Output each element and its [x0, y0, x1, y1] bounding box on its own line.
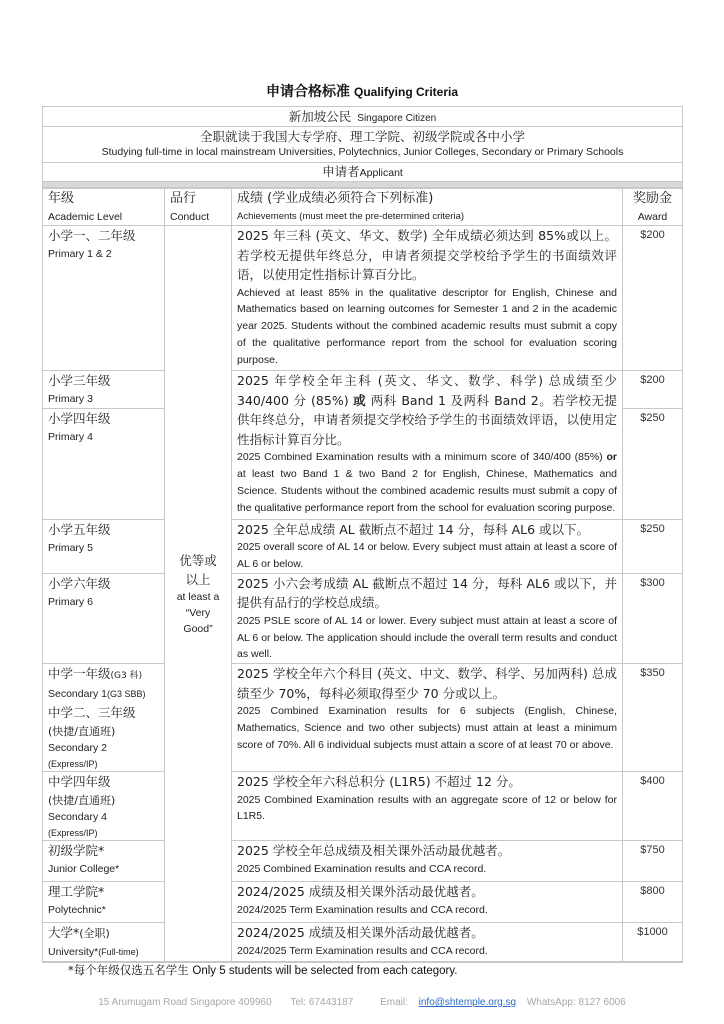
conduct-en-3: Good” — [170, 621, 226, 637]
table-row: 初级学院*Junior College* 2025 学校全年总成绩及相关课外活动… — [43, 841, 682, 882]
conduct-zh-2: 以上 — [170, 570, 226, 589]
achievement-cell: 2025 全年总成绩 AL 截断点不超过 14 分，每科 AL6 或以下。202… — [232, 519, 623, 573]
col-level-en: Academic Level — [48, 209, 159, 225]
col-header-achievements: 成绩 (学业成绩必须符合下列标准)Achievements (must meet… — [232, 189, 623, 226]
col-award-zh: 奖励金 — [628, 189, 677, 209]
achievement-zh: 2025 年学校全年主科 (英文、华文、数学、科学) 总成绩至少 340/400… — [237, 371, 617, 449]
level-en: Primary 6 — [48, 594, 159, 611]
level-zh-small: (全职) — [79, 927, 110, 940]
level-en: Secondary 4 — [48, 809, 159, 826]
level-zh-main: 大学* — [48, 925, 79, 940]
level-stream-en: (Express/IP) — [48, 826, 159, 840]
achievement-en: Achieved at least 85% in the qualitative… — [237, 285, 617, 369]
applicant-en: Applicant — [360, 167, 403, 179]
col-ach-zh: 成绩 (学业成绩必须符合下列标准) — [237, 189, 617, 209]
achievement-zh: 2025 学校全年总成绩及相关课外活动最优越者。 — [237, 841, 617, 861]
level-cell: 小学六年级Primary 6 — [43, 573, 165, 663]
level-zh: 小学四年级 — [48, 409, 159, 429]
achievement-cell: 2025 年学校全年主科 (英文、华文、数学、科学) 总成绩至少 340/400… — [232, 371, 623, 519]
achievement-cell: 2025 学校全年六个科目 (英文、中文、数学、科学、另加两科) 总成绩至少 7… — [232, 664, 623, 772]
level-cell: 小学五年级Primary 5 — [43, 519, 165, 573]
title-zh: 申请合格标准 — [266, 84, 350, 100]
col-header-conduct: 品行Conduct — [165, 189, 232, 226]
level-en: Primary 4 — [48, 429, 159, 446]
achievement-en: 2025 PSLE score of AL 14 or lower. Every… — [237, 613, 617, 663]
level-en-main: Secondary 1 — [48, 688, 107, 700]
award-cell: $250 — [623, 409, 683, 519]
level2-zh: 中学二、三年级 — [48, 703, 159, 723]
achievement-zh: 2024/2025 成绩及相关课外活动最优越者。 — [237, 882, 617, 902]
award-cell: $400 — [623, 772, 683, 841]
level-zh: 小学三年级 — [48, 371, 159, 391]
level-en-small: (G3 SBB) — [107, 689, 146, 699]
achievement-cell: 2025 小六会考成绩 AL 截断点不超过 14 分，每科 AL6 或以下，并提… — [232, 573, 623, 663]
level-zh: 中学四年级 — [48, 772, 159, 792]
note-zh: *每个年级仅选五名学生 — [68, 963, 189, 977]
level-zh: 小学五年级 — [48, 520, 159, 540]
level-cell: 中学四年级 (快捷/直通班) Secondary 4 (Express/IP) — [43, 772, 165, 841]
achievement-cell: 2024/2025 成绩及相关课外活动最优越者。2024/2025 Term E… — [232, 882, 623, 923]
study-zh: 全职就读于我国大专学府、理工学院、初级学院或各中小学 — [43, 128, 682, 145]
achievement-en: 2024/2025 Term Examination results and C… — [237, 902, 617, 919]
conduct-zh-1: 优等或 — [170, 551, 226, 570]
level-cell: 小学一、二年级Primary 1 & 2 — [43, 226, 165, 371]
applicant-zh: 申请者 — [322, 164, 360, 179]
award-cell: $350 — [623, 664, 683, 772]
ach-en-or: or — [607, 451, 618, 463]
level-en-main: University* — [48, 946, 98, 958]
achievement-en: 2025 Combined Examination results with a… — [237, 449, 617, 516]
level-cell: 中学一年级(G3 科) Secondary 1(G3 SBB) 中学二、三年级 … — [43, 664, 165, 772]
level-cell: 大学*(全职) University*(Full-time) — [43, 923, 165, 962]
criteria-grid: 年级Academic Level 品行Conduct 成绩 (学业成绩必须符合下… — [43, 188, 682, 962]
achievement-zh: 2025 年三科 (英文、华文、数学) 全年成绩必须达到 85%或以上。若学校无… — [237, 226, 617, 285]
col-ach-en: Achievements (must meet the pre-determin… — [237, 209, 617, 225]
achievement-zh: 2025 学校全年六科总积分 (L1R5) 不超过 12 分。 — [237, 772, 617, 792]
page-title: 申请合格标准Qualifying Criteria — [0, 81, 724, 101]
col-header-award: 奖励金Award — [623, 189, 683, 226]
footer-email-label: Email: — [380, 997, 408, 1008]
level-zh: 理工学院* — [48, 882, 159, 902]
level-en: Primary 5 — [48, 540, 159, 557]
achievement-cell: 2025 学校全年总成绩及相关课外活动最优越者。2025 Combined Ex… — [232, 841, 623, 882]
level-cell: 小学四年级Primary 4 — [43, 409, 165, 519]
achievement-en: 2025 overall score of AL 14 or below. Ev… — [237, 539, 617, 573]
footer-address: 15 Arumugam Road Singapore 409960 — [98, 997, 271, 1008]
level-en-small: (Full-time) — [98, 947, 139, 957]
table-row: 小学六年级Primary 6 2025 小六会考成绩 AL 截断点不超过 14 … — [43, 573, 682, 663]
achievement-cell: 2025 学校全年六科总积分 (L1R5) 不超过 12 分。2025 Comb… — [232, 772, 623, 841]
award-cell: $300 — [623, 573, 683, 663]
level-en: Primary 1 & 2 — [48, 246, 159, 263]
level2-en: Secondary 2 — [48, 740, 159, 757]
achievement-en: 2024/2025 Term Examination results and C… — [237, 943, 617, 960]
award-cell: $1000 — [623, 923, 683, 962]
achievement-zh: 2024/2025 成绩及相关课外活动最优越者。 — [237, 923, 617, 943]
achievement-cell: 2024/2025 成绩及相关课外活动最优越者。2024/2025 Term E… — [232, 923, 623, 962]
level-cell: 理工学院*Polytechnic* — [43, 882, 165, 923]
study-row: 全职就读于我国大专学府、理工学院、初级学院或各中小学 Studying full… — [43, 127, 682, 163]
selection-note: *每个年级仅选五名学生 Only 5 students will be sele… — [68, 962, 457, 978]
table-row: 小学三年级Primary 3 2025 年学校全年主科 (英文、华文、数学、科学… — [43, 371, 682, 409]
award-cell: $200 — [623, 371, 683, 409]
achievement-cell: 2025 年三科 (英文、华文、数学) 全年成绩必须达到 85%或以上。若学校无… — [232, 226, 623, 371]
col-award-en: Award — [628, 209, 677, 225]
level-cell: 初级学院*Junior College* — [43, 841, 165, 882]
ach-en-part: 2025 Combined Examination results with a… — [237, 451, 607, 463]
achievement-zh: 2025 学校全年六个科目 (英文、中文、数学、科学、另加两科) 总成绩至少 7… — [237, 664, 617, 703]
level-zh: 中学一年级(G3 科) — [48, 664, 159, 686]
level-en: Polytechnic* — [48, 902, 159, 919]
level-cell: 小学三年级Primary 3 — [43, 371, 165, 409]
citizenship-row: 新加坡公民Singapore Citizen — [43, 107, 682, 127]
level-zh-main: 中学一年级 — [48, 666, 111, 681]
achievement-zh: 2025 小六会考成绩 AL 截断点不超过 14 分，每科 AL6 或以下，并提… — [237, 574, 617, 613]
award-cell: $800 — [623, 882, 683, 923]
applicant-row: 申请者Applicant — [43, 163, 682, 182]
table-row: 小学一、二年级Primary 1 & 2 优等或 以上 at least a “… — [43, 226, 682, 371]
level2-stream-zh: (快捷/直通班) — [48, 723, 159, 740]
footer-whatsapp: WhatsApp: 8127 6006 — [527, 997, 626, 1008]
award-cell: $250 — [623, 519, 683, 573]
level-zh: 大学*(全职) — [48, 923, 159, 944]
footer-email-link[interactable]: info@shtemple.org.sg — [419, 997, 516, 1008]
award-cell: $750 — [623, 841, 683, 882]
col-conduct-en: Conduct — [170, 209, 226, 225]
achievement-en: 2025 Combined Examination results with a… — [237, 792, 617, 826]
table-row: 小学五年级Primary 5 2025 全年总成绩 AL 截断点不超过 14 分… — [43, 519, 682, 573]
column-header-row: 年级Academic Level 品行Conduct 成绩 (学业成绩必须符合下… — [43, 189, 682, 226]
level-en: University*(Full-time) — [48, 944, 159, 961]
table-row: 大学*(全职) University*(Full-time) 2024/2025… — [43, 923, 682, 962]
title-en: Qualifying Criteria — [354, 85, 458, 99]
level-zh-small: (G3 科) — [111, 671, 143, 681]
level-en: Primary 3 — [48, 391, 159, 408]
col-header-level: 年级Academic Level — [43, 189, 165, 226]
table-row: 理工学院*Polytechnic* 2024/2025 成绩及相关课外活动最优越… — [43, 882, 682, 923]
citizenship-zh: 新加坡公民 — [289, 109, 352, 124]
level2-stream-en: (Express/IP) — [48, 757, 159, 771]
ach-en-part: at least two Band 1 & two Band 2 for Eng… — [237, 468, 617, 514]
ach-zh-or: 或 — [353, 393, 366, 408]
col-level-zh: 年级 — [48, 189, 159, 209]
achievement-zh: 2025 全年总成绩 AL 截断点不超过 14 分，每科 AL6 或以下。 — [237, 520, 617, 540]
col-conduct-zh: 品行 — [170, 189, 226, 209]
table-row: 中学四年级 (快捷/直通班) Secondary 4 (Express/IP) … — [43, 772, 682, 841]
criteria-table: 新加坡公民Singapore Citizen 全职就读于我国大专学府、理工学院、… — [42, 106, 683, 963]
conduct-en-1: at least a — [170, 589, 226, 605]
level-stream-zh: (快捷/直通班) — [48, 792, 159, 809]
achievement-en: 2025 Combined Examination results and CC… — [237, 861, 617, 878]
level-zh: 初级学院* — [48, 841, 159, 861]
level-en: Junior College* — [48, 861, 159, 878]
level-zh: 小学六年级 — [48, 574, 159, 594]
level-en: Secondary 1(G3 SBB) — [48, 686, 159, 703]
footer-contact: 15 Arumugam Road Singapore 409960 Tel: 6… — [0, 997, 724, 1008]
conduct-en-2: “Very — [170, 605, 226, 621]
table-row: 中学一年级(G3 科) Secondary 1(G3 SBB) 中学二、三年级 … — [43, 664, 682, 772]
note-en: Only 5 students will be selected from ea… — [192, 965, 457, 977]
achievement-en: 2025 Combined Examination results for 6 … — [237, 703, 617, 753]
citizenship-en: Singapore Citizen — [357, 113, 436, 124]
level-zh: 小学一、二年级 — [48, 226, 159, 246]
award-cell: $200 — [623, 226, 683, 371]
study-en: Studying full-time in local mainstream U… — [43, 145, 682, 160]
footer-tel: Tel: 67443187 — [290, 997, 353, 1008]
conduct-cell: 优等或 以上 at least a “Very Good” — [165, 226, 232, 962]
